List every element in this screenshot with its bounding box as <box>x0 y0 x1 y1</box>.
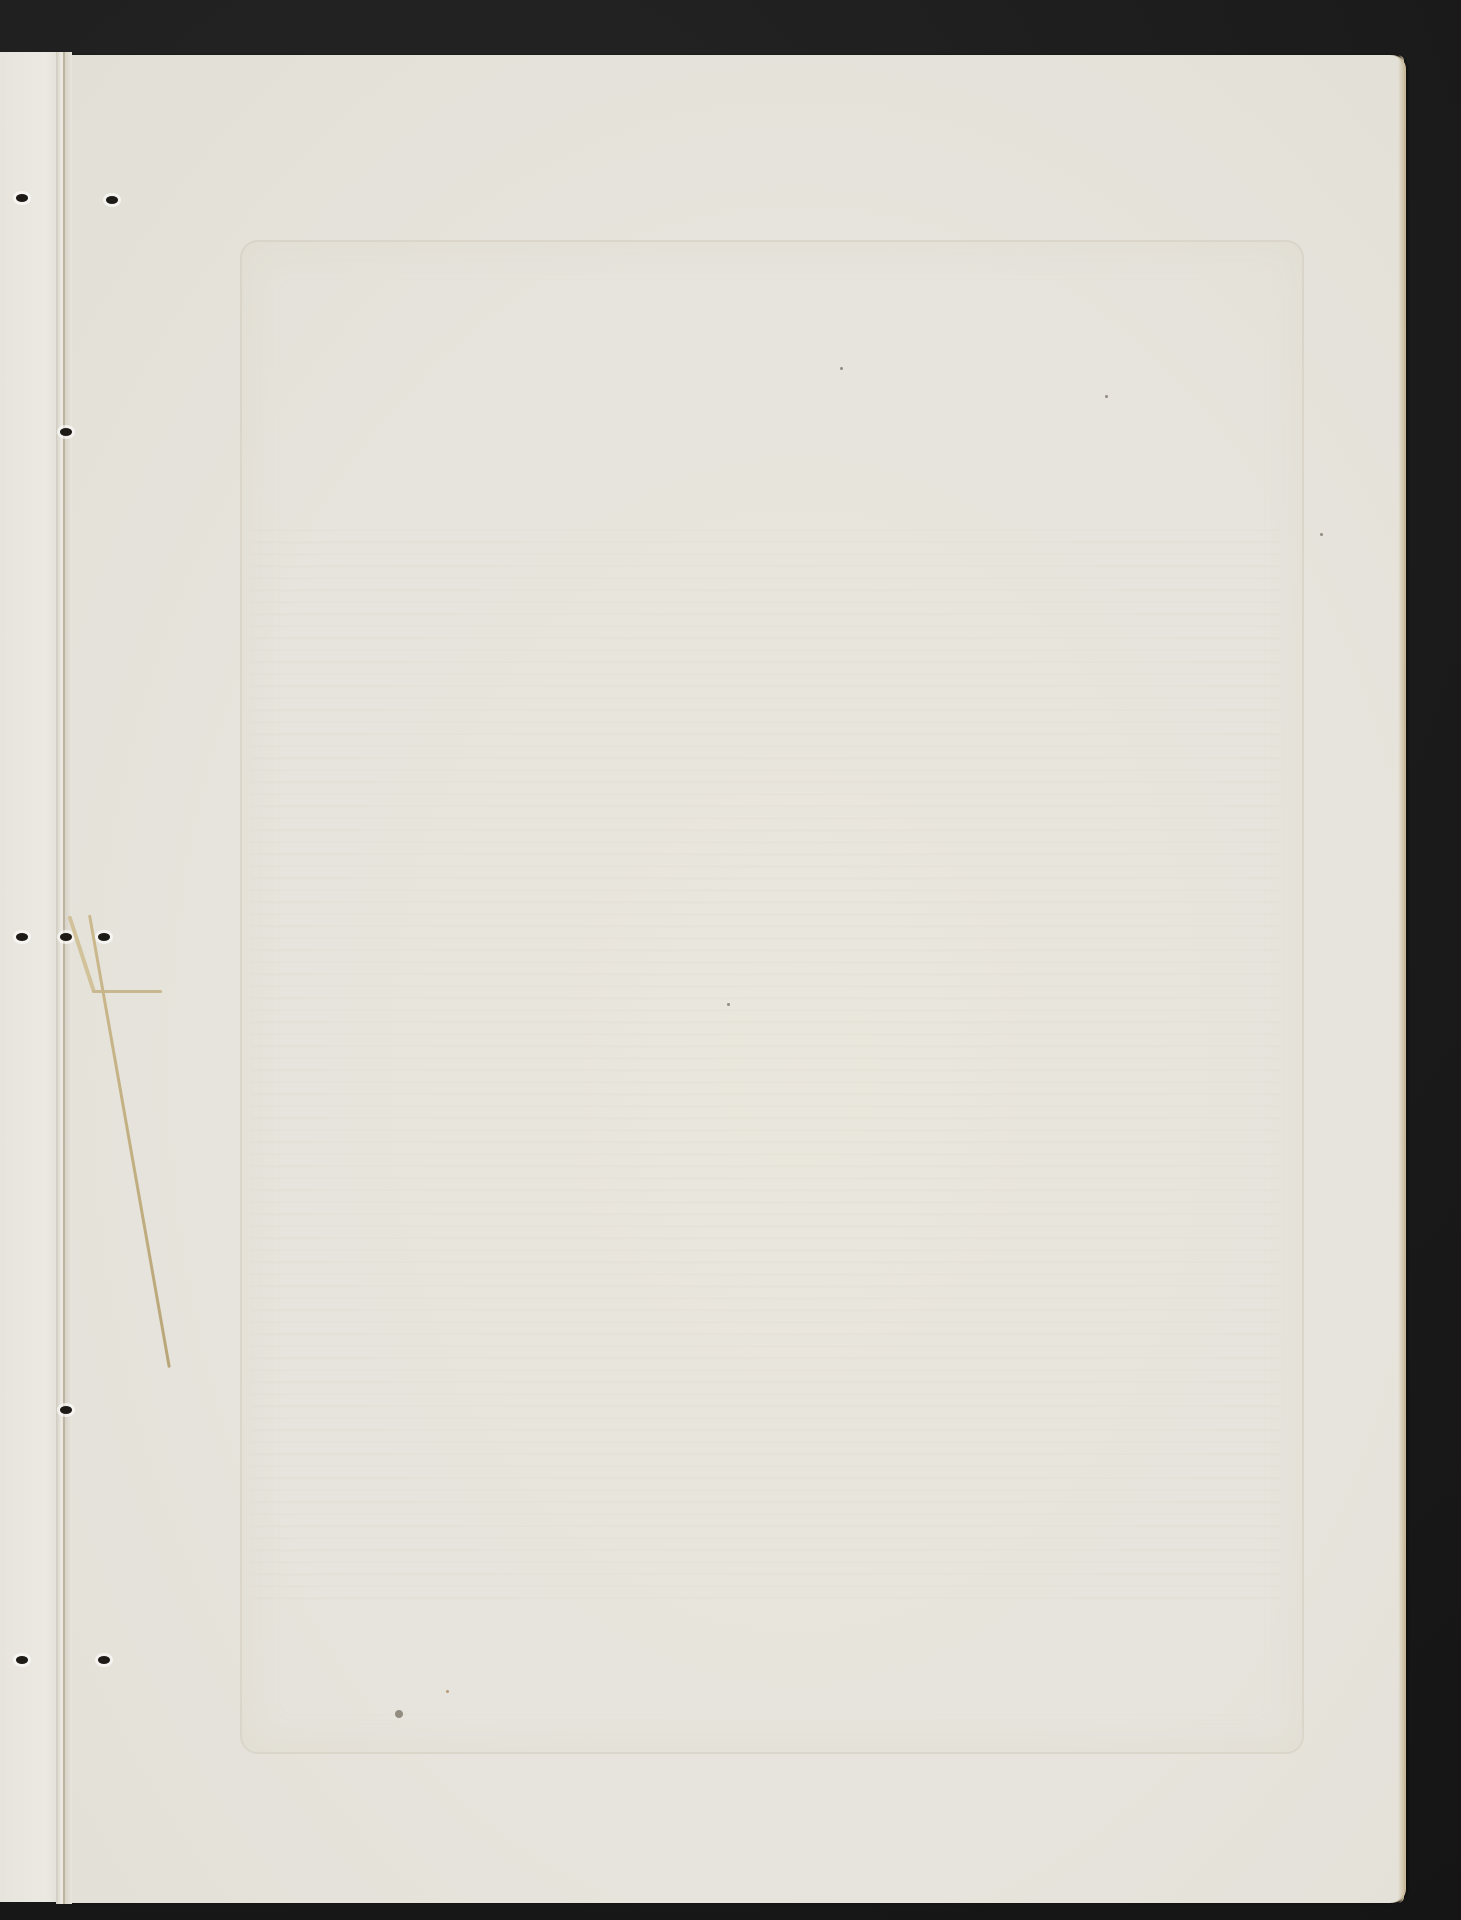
sewing-hole <box>16 1656 28 1664</box>
paper-speck <box>446 1690 449 1693</box>
sewing-hole <box>16 933 28 941</box>
offset-ghosting <box>250 520 1280 1600</box>
paper-speck <box>1320 533 1323 536</box>
paper-speck <box>1105 395 1108 398</box>
sewing-hole <box>16 194 28 202</box>
sewing-hole <box>60 428 72 436</box>
sewing-hole <box>98 933 110 941</box>
sewing-hole <box>106 196 118 204</box>
sewing-hole <box>60 1406 72 1414</box>
paper-speck <box>395 1710 403 1718</box>
spine-fold-line <box>63 52 65 1904</box>
paper-speck <box>727 1003 730 1006</box>
sewing-hole <box>98 1656 110 1664</box>
paper-speck <box>840 367 843 370</box>
sewing-hole <box>60 933 72 941</box>
